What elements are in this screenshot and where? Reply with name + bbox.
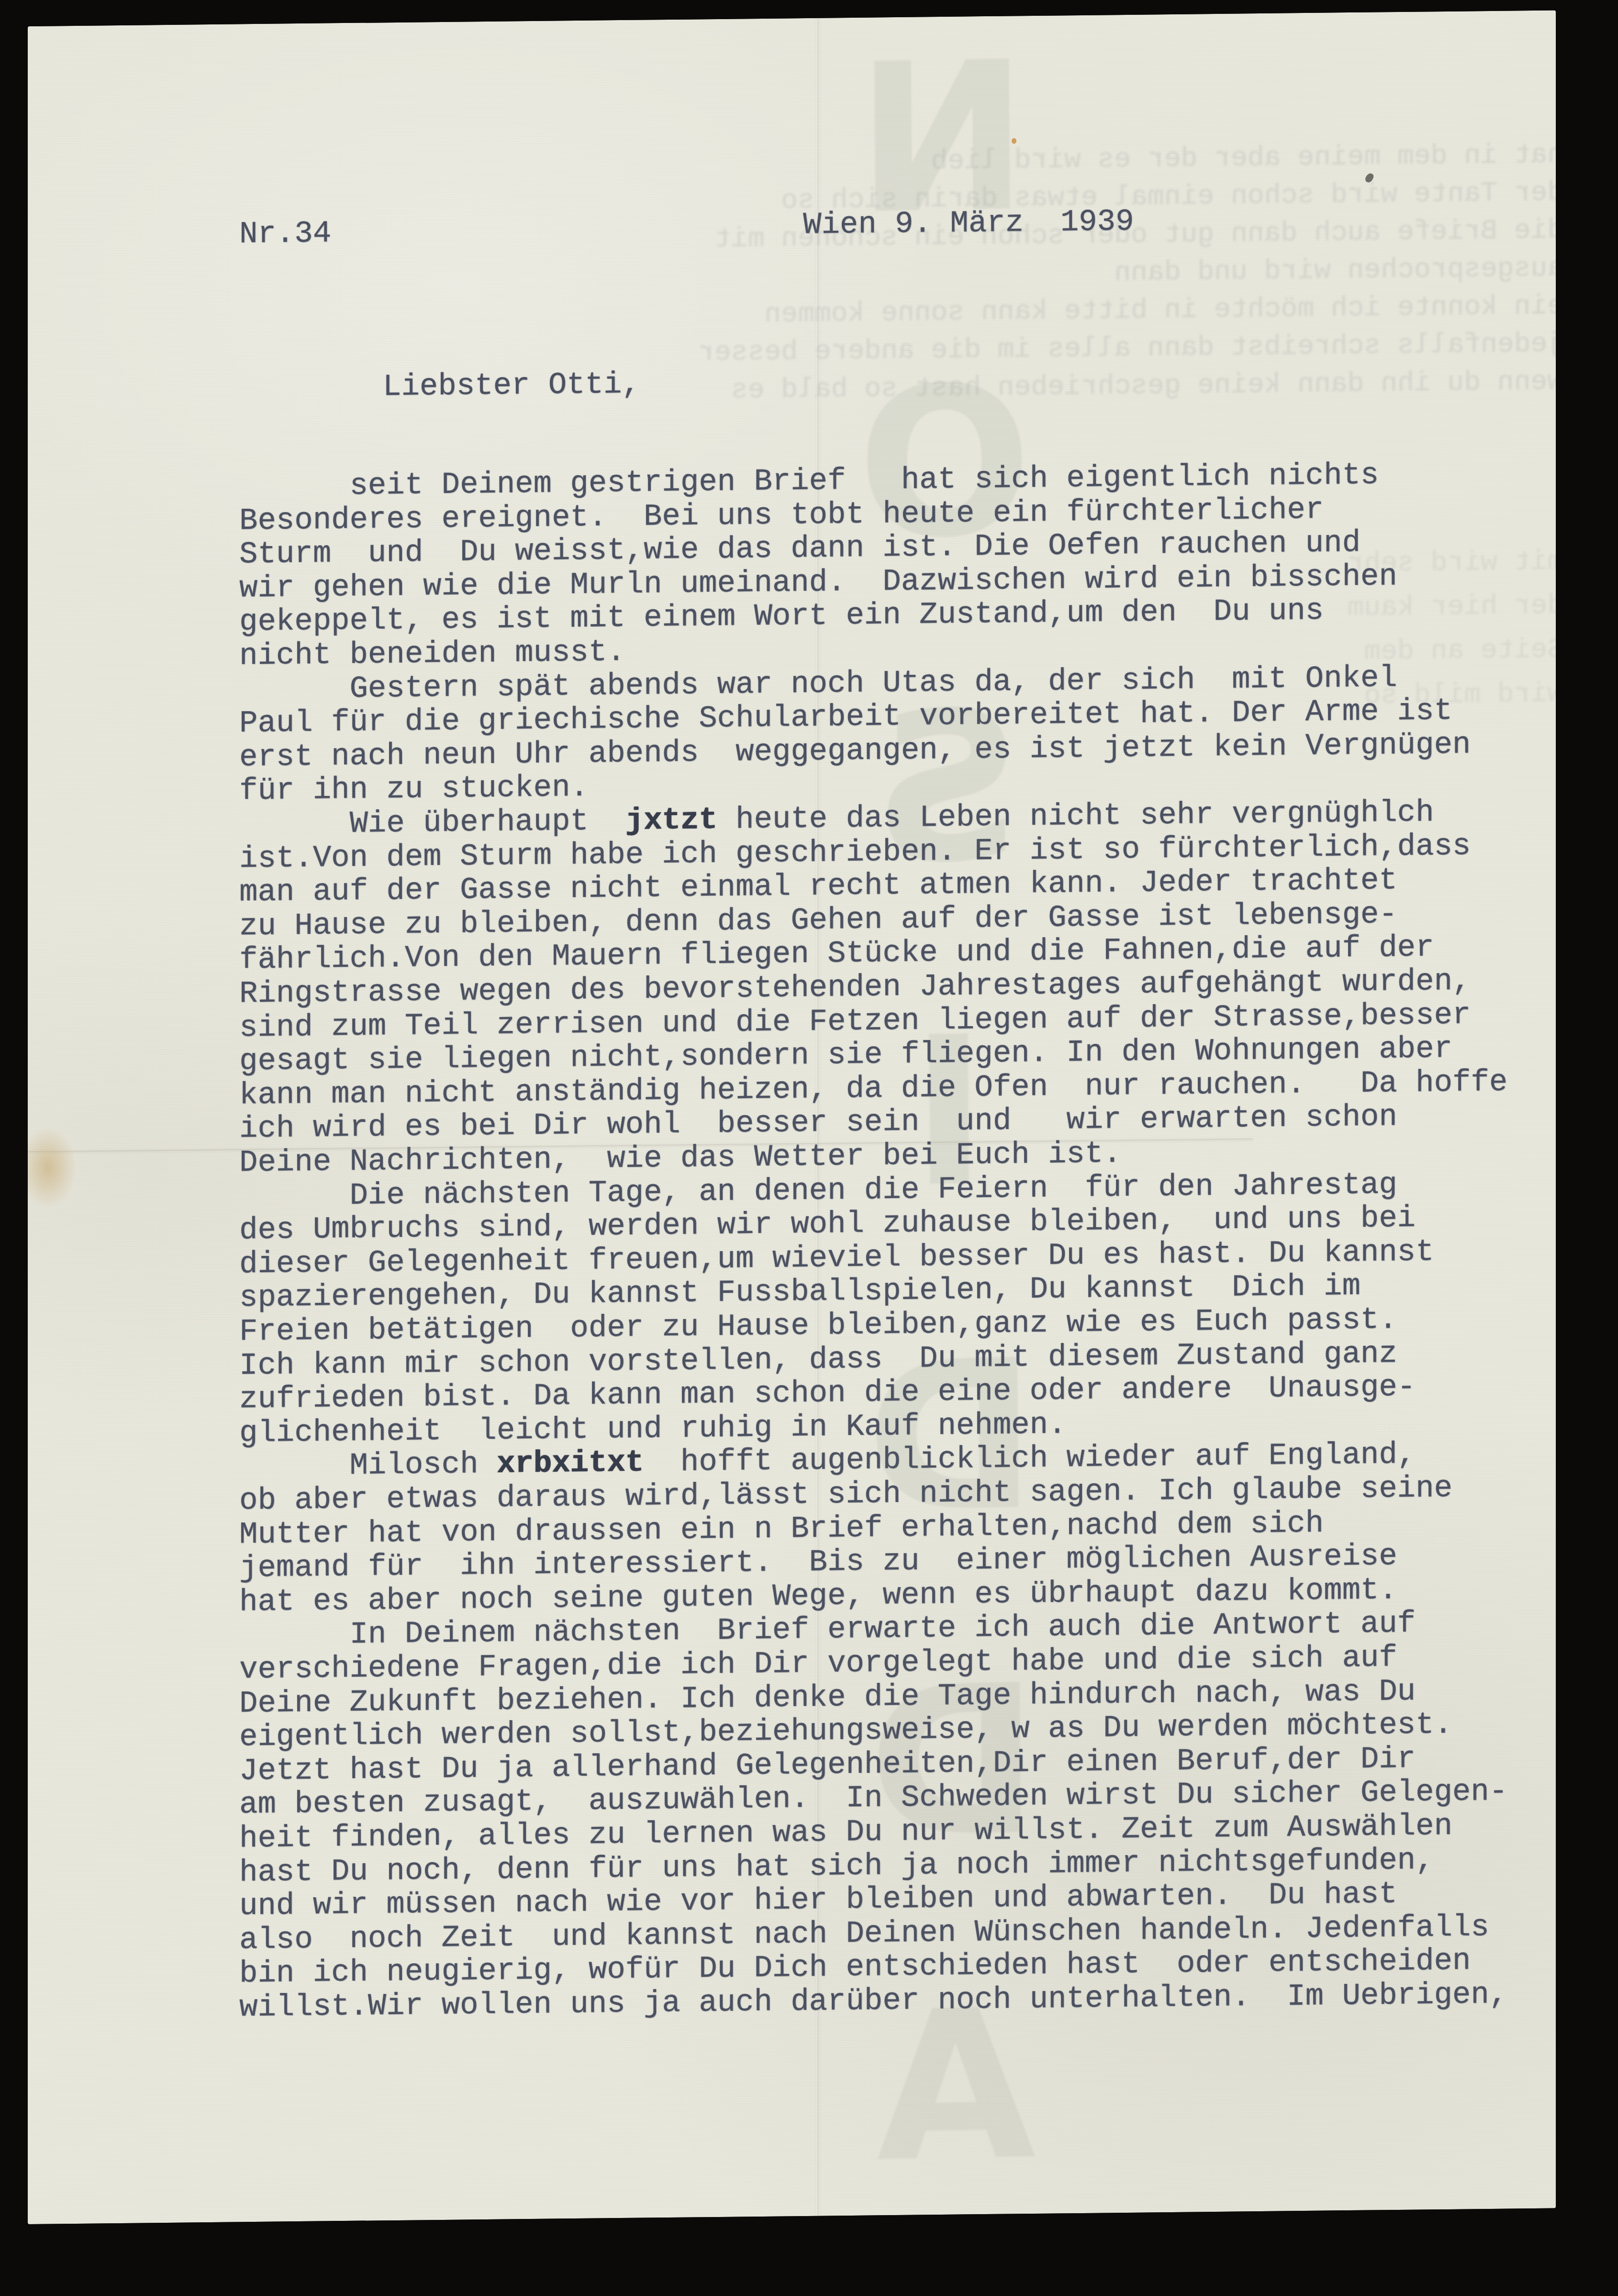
letter-salutation: Liebster Otti, xyxy=(383,368,640,404)
letter-paper-sheet: NOSIDDA hat in dem meine aber der es wir… xyxy=(28,11,1556,2224)
letter-dateline: Wien 9. März 1939 xyxy=(803,205,1134,242)
rust-speck xyxy=(1012,138,1016,144)
bleedthrough-line: der hier kaum xyxy=(1348,590,1556,624)
typed-line: nicht beneiden musst. xyxy=(239,636,625,673)
scanned-letter-page: NOSIDDA hat in dem meine aber der es wir… xyxy=(0,0,1618,2296)
letter-number: Nr.34 xyxy=(239,217,331,251)
typed-line: für ihn zu stucken. xyxy=(239,771,589,808)
paper-stain xyxy=(28,1127,77,1209)
